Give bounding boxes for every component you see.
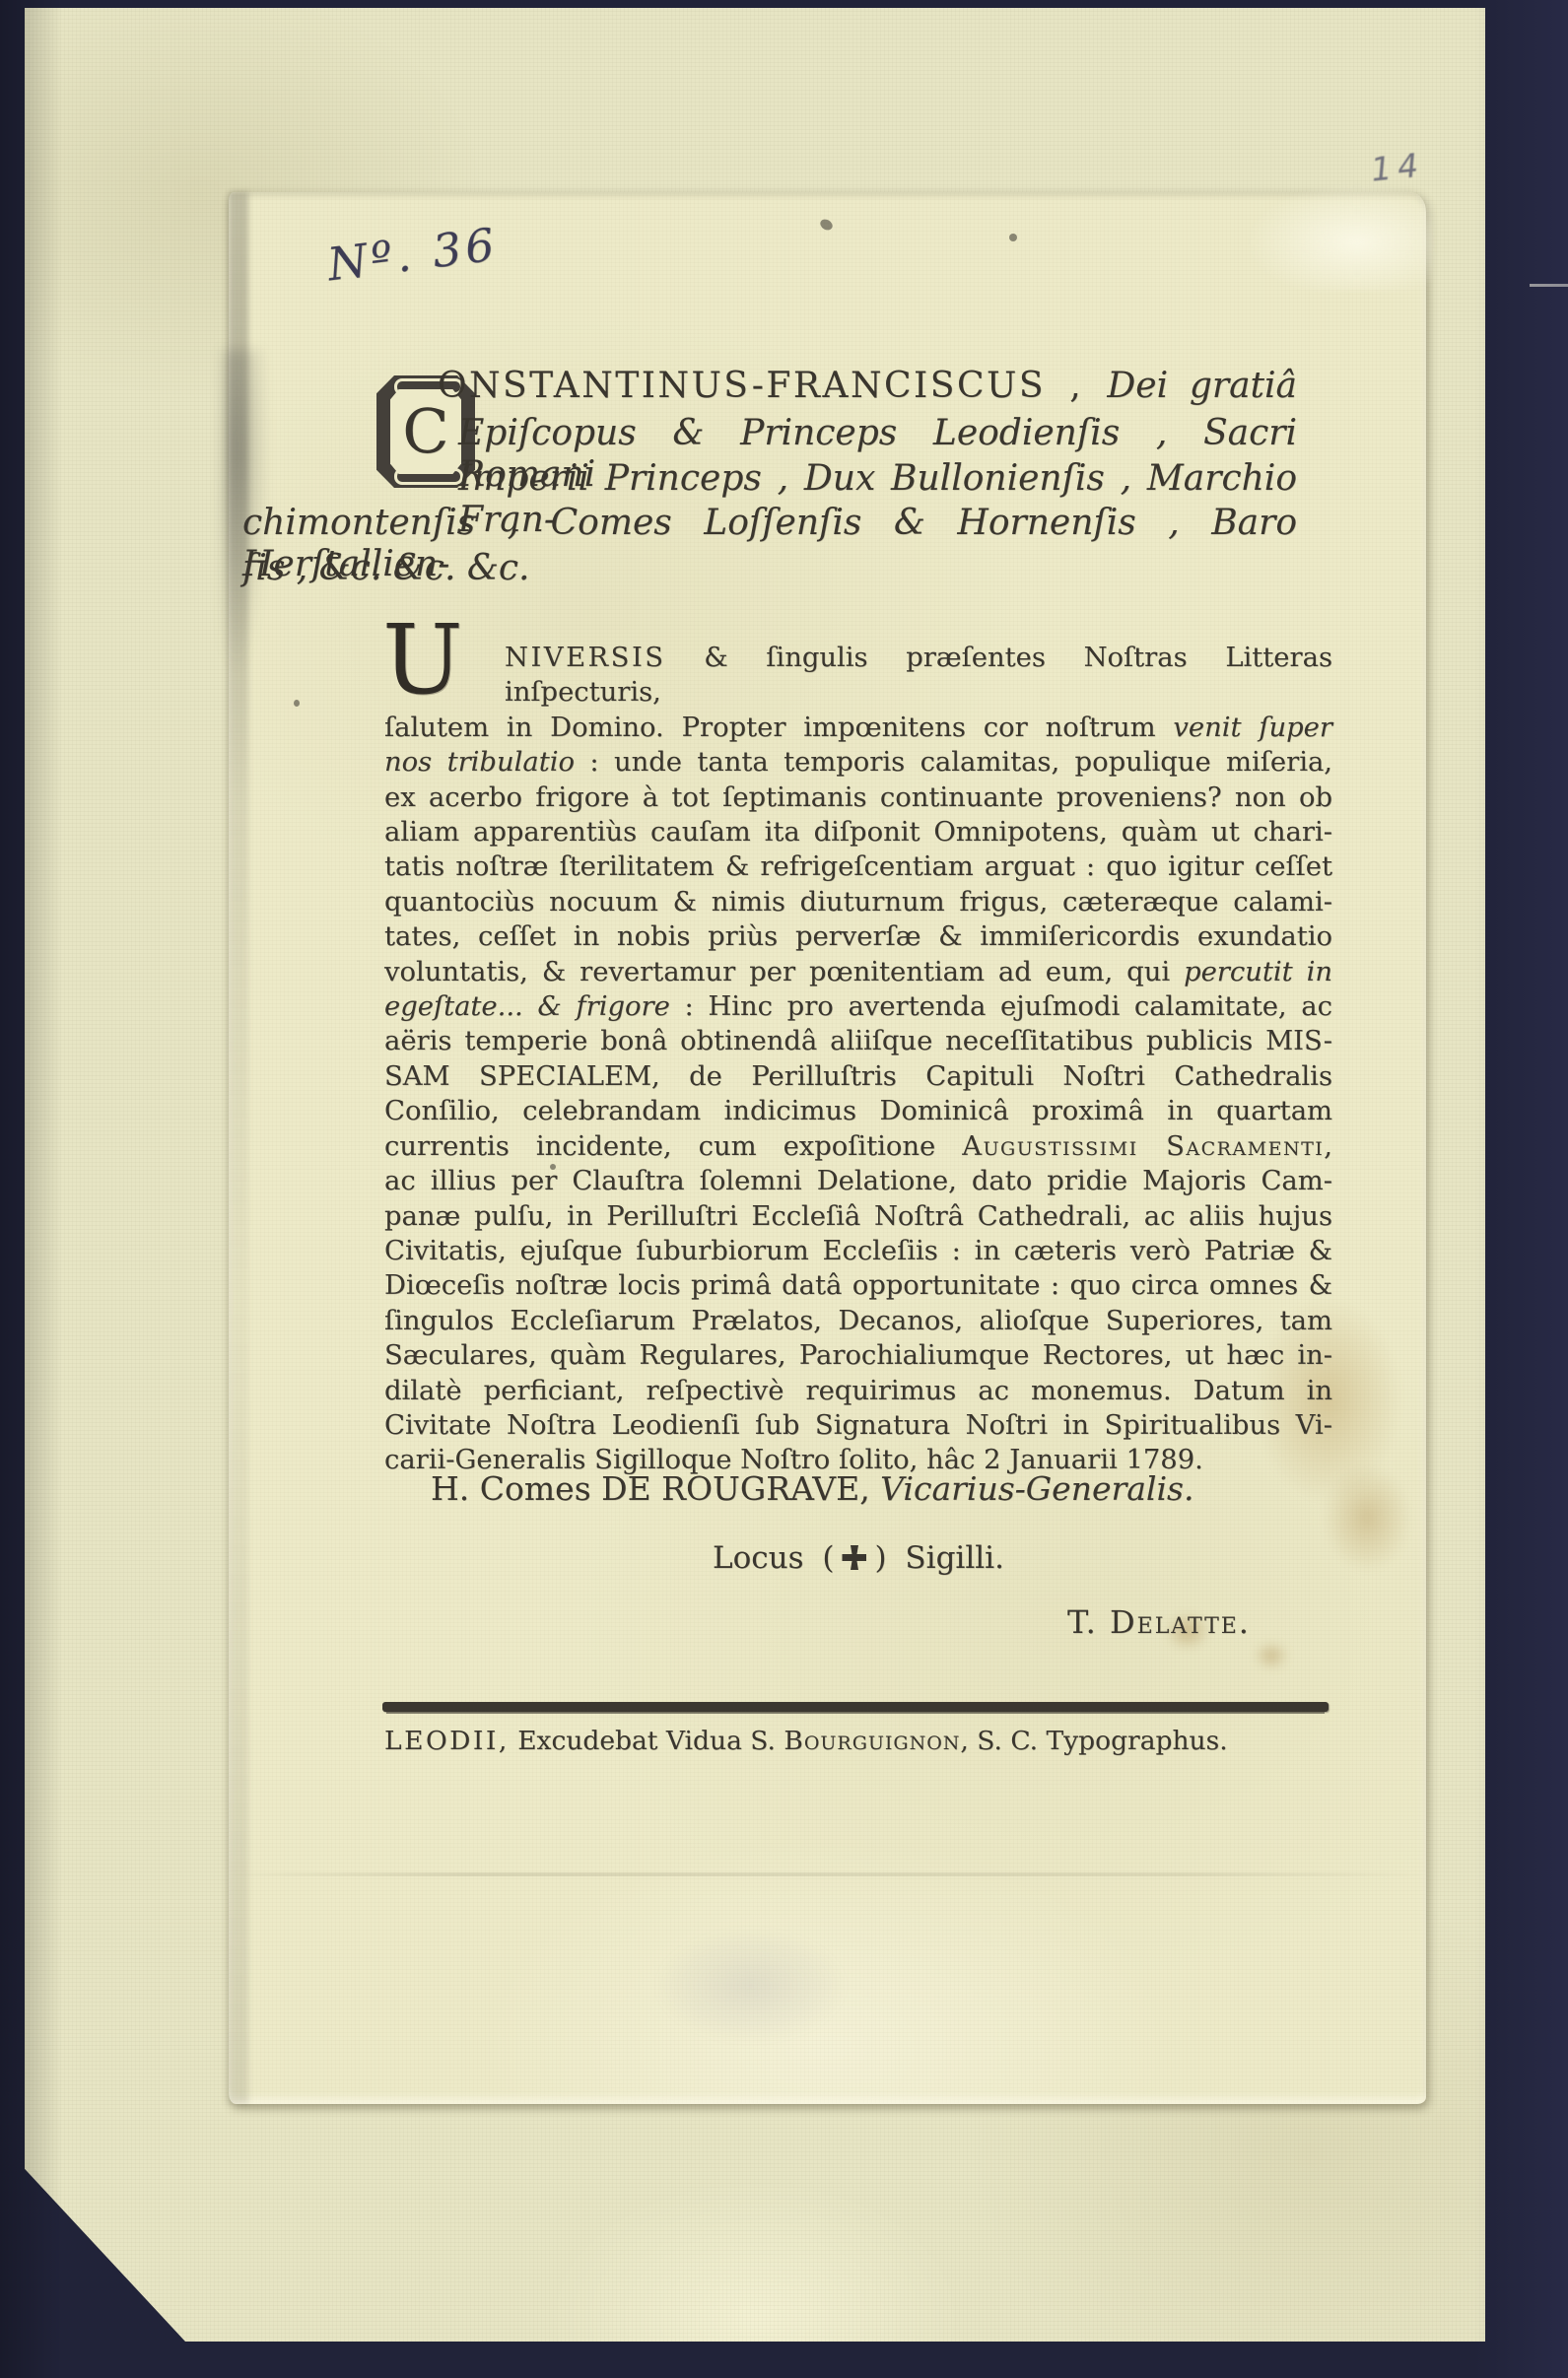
- body-line: SAM SPECIALEM, de Perilluſtris Capituli …: [384, 1059, 1332, 1094]
- text-segment: voluntatis, & revertamur per pœnitentiam…: [384, 957, 1184, 987]
- smudge-stain: [652, 1927, 850, 2045]
- text-segment: H. Comes DE ROUGRAVE,: [431, 1469, 880, 1508]
- ink-speck: [1009, 234, 1017, 241]
- text-segment: Augustissimi Sacramenti: [962, 1131, 1324, 1162]
- text-segment: egeſtate... & frigore: [384, 991, 670, 1022]
- scan-artifact-line: [1530, 284, 1568, 287]
- imprint-rule: [382, 1702, 1329, 1712]
- text-segment: currentis incidente, cum expoſitione: [384, 1131, 962, 1162]
- body-line: tates, ceſſet in nobis priùs perverſæ & …: [384, 919, 1332, 954]
- body-line: Civitate Noſtra Leodienſi ſub Signatura …: [384, 1408, 1332, 1443]
- foxing-stain: [1254, 1641, 1289, 1670]
- text-segment: Dei gratiâ: [1107, 366, 1297, 406]
- maltese-cross-icon: [842, 1545, 866, 1570]
- heading-line: ONSTANTINUS-FRANCISCUS , Dei gratiâ: [438, 366, 1297, 407]
- ink-speck: [818, 217, 834, 232]
- body-line: voluntatis, & revertamur per pœnitentiam…: [384, 955, 1332, 989]
- body-line: dilatè perficiant, reſpectivè requirimus…: [384, 1374, 1332, 1408]
- text-segment: tates, ceſſet in nobis priùs perverſæ & …: [384, 921, 1332, 952]
- scan-background: 14 Nº. 36 C ONSTANTINUS-FRAN: [0, 0, 1568, 2378]
- text-segment: Vicarius-Generalis.: [880, 1469, 1193, 1508]
- text-segment: ac illius per Clauſtra ſolemni Delatione…: [384, 1166, 1332, 1196]
- text-segment: percutit in: [1184, 957, 1332, 987]
- body-line: ſingulos Eccleſiarum Prælatos, Decanos, …: [384, 1304, 1332, 1338]
- text-segment: : Hinc pro avertenda ejuſmodi calamitate…: [670, 991, 1332, 1022]
- text-segment: aliam apparentiùs cauſam ita diſponit Om…: [384, 817, 1332, 848]
- text-segment: LEODII,: [384, 1726, 510, 1756]
- linen-mount: 14 Nº. 36 C ONSTANTINUS-FRAN: [25, 8, 1485, 2342]
- text-segment: : unde tanta temporis calamitas, populiq…: [575, 747, 1332, 778]
- text-segment: Bourguignon: [784, 1726, 960, 1756]
- ink-speck: [294, 700, 300, 707]
- body-lines: NIVERSIS & ſingulis præſentes Noſtras Li…: [384, 641, 1332, 1478]
- text-segment: quantociùs nocuum & nimis diuturnum frig…: [384, 887, 1332, 917]
- locus-left-text: Locus (: [713, 1540, 834, 1576]
- body-line: tatis noſtræ ſterilitatem & refrigeſcent…: [384, 849, 1332, 884]
- body-line: Diœceſis noſtræ locis primâ datâ opportu…: [384, 1268, 1332, 1303]
- text-segment: SAM SPECIALEM, de Perilluſtris Capituli …: [384, 1061, 1332, 1092]
- body-text: U NIVERSIS & ſingulis præſentes Noſtras …: [384, 641, 1332, 1478]
- text-segment: nos tribulatio: [384, 747, 575, 778]
- body-line: ac illius per Clauſtra ſolemni Delatione…: [384, 1164, 1332, 1198]
- body-line: NIVERSIS & ſingulis præſentes Noſtras Li…: [384, 641, 1332, 711]
- printer-imprint: LEODII, Excudebat Vidua S. Bourguignon, …: [384, 1726, 1228, 1756]
- body-line: aëris temperie bonâ obtinendâ aliiſque n…: [384, 1024, 1332, 1058]
- body-line: Sæculares, quàm Regulares, Parochialiumq…: [384, 1338, 1332, 1373]
- text-segment: panæ pulſu, in Perilluſtri Eccleſiâ Noſt…: [384, 1201, 1332, 1232]
- foxing-stain: [1323, 1463, 1411, 1572]
- text-segment: ſalutem in Domino. Propter impœnitens co…: [384, 713, 1173, 743]
- locus-right-text: ) Sigilli.: [874, 1540, 1003, 1576]
- body-line: egeſtate... & frigore : Hinc pro averten…: [384, 989, 1332, 1024]
- body-line: quantociùs nocuum & nimis diuturnum frig…: [384, 885, 1332, 919]
- locus-sigilli-line: Locus () Sigilli.: [384, 1540, 1332, 1576]
- text-segment: Civitate Noſtra Leodienſi ſub Signatura …: [384, 1410, 1332, 1441]
- text-segment: Diœceſis noſtræ locis primâ datâ opportu…: [384, 1270, 1332, 1301]
- vicar-general-signature: H. Comes DE ROUGRAVE, Vicarius-Generalis…: [431, 1469, 1193, 1508]
- text-segment: ,: [1324, 1131, 1332, 1162]
- drop-cap-u: U: [382, 612, 463, 708]
- body-line: aliam apparentiùs cauſam ita diſponit Om…: [384, 815, 1332, 849]
- body-line: Civitatis, ejuſque ſuburbiorum Eccleſiis…: [384, 1234, 1332, 1268]
- text-segment: ONSTANTINUS-FRANCISCUS ,: [438, 366, 1107, 406]
- text-segment: dilatè perficiant, reſpectivè requirimus…: [384, 1376, 1332, 1406]
- body-line: currentis incidente, cum expoſitione Aug…: [384, 1129, 1332, 1164]
- text-segment: Excudebat Vidua S.: [510, 1726, 784, 1756]
- text-segment: Conſilio, celebrandam indicimus Dominicâ…: [384, 1096, 1332, 1126]
- document-sheet: Nº. 36 C ONSTANTINUS-FRANCISCUS , Dei gr…: [229, 192, 1426, 2104]
- handwritten-catalog-number: Nº. 36: [324, 218, 501, 292]
- body-line: ſalutem in Domino. Propter impœnitens co…: [384, 711, 1332, 745]
- text-segment: ſis , &c. &c. &c.: [242, 548, 529, 588]
- text-segment: NIVERSIS: [505, 643, 666, 673]
- body-line: Conſilio, celebrandam indicimus Dominicâ…: [384, 1094, 1332, 1128]
- text-segment: tatis noſtræ ſterilitatem & refrigeſcent…: [384, 851, 1332, 882]
- text-segment: ſingulos Eccleſiarum Prælatos, Decanos, …: [384, 1306, 1332, 1336]
- heading-line: ſis , &c. &c. &c.: [242, 548, 529, 589]
- body-line: panæ pulſu, in Perilluſtri Eccleſiâ Noſt…: [384, 1199, 1332, 1234]
- text-segment: aëris temperie bonâ obtinendâ aliiſque n…: [384, 1026, 1332, 1056]
- body-line: nos tribulatio : unde tanta temporis cal…: [384, 745, 1332, 780]
- secretary-signature: T. Delatte.: [1067, 1603, 1251, 1641]
- text-segment: Sæculares, quàm Regulares, Parochialiumq…: [384, 1340, 1332, 1371]
- text-segment: venit ſuper: [1173, 713, 1332, 743]
- text-segment: ex acerbo frigore à tot ſeptimanis conti…: [384, 782, 1332, 813]
- text-segment: Civitatis, ejuſque ſuburbiorum Eccleſiis…: [384, 1236, 1332, 1266]
- text-segment: , S. C. Typographus.: [960, 1726, 1227, 1756]
- body-line: ex acerbo frigore à tot ſeptimanis conti…: [384, 781, 1332, 815]
